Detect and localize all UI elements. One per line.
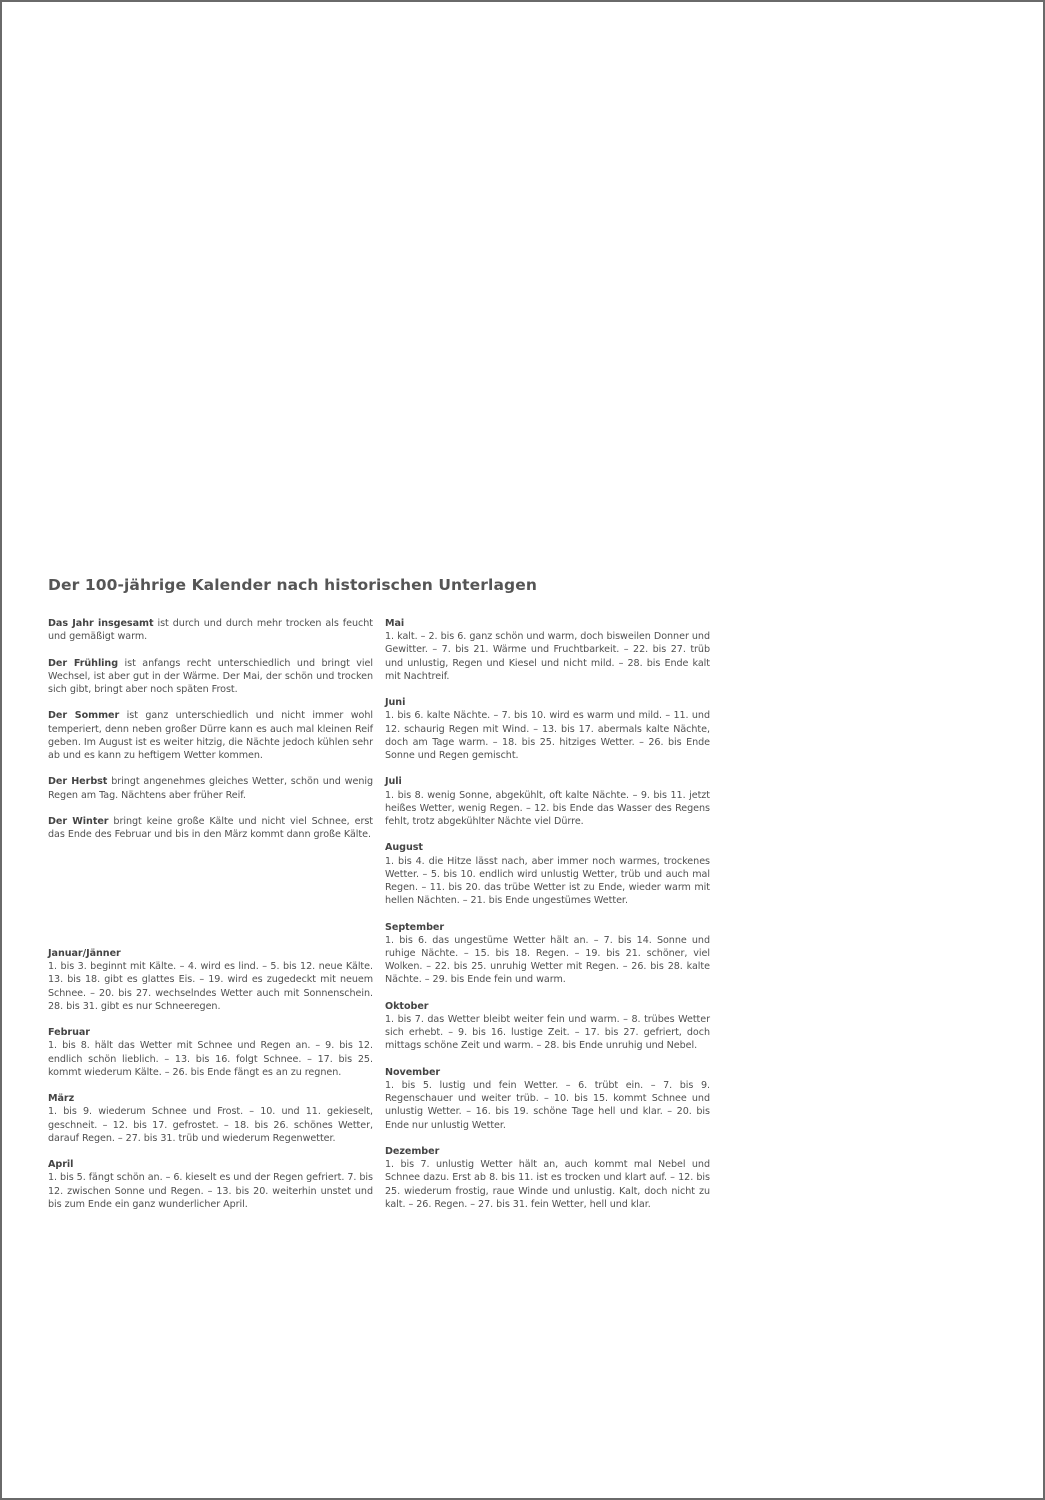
month-forecast: 1. bis 8. wenig Sonne, abgekühlt, oft ka… — [385, 790, 710, 827]
month-name: Juli — [385, 775, 710, 788]
year-overview: Das Jahr insgesamt ist durch und durch m… — [48, 617, 373, 855]
month-name: April — [48, 1158, 373, 1171]
month-february: Februar 1. bis 8. hält das Wetter mit Sc… — [48, 1026, 373, 1079]
month-name: Dezember — [385, 1145, 710, 1158]
month-forecast: 1. bis 6. das ungestüme Wetter hält an. … — [385, 935, 710, 986]
overview-lead: Das Jahr insgesamt — [48, 618, 154, 629]
month-name: Februar — [48, 1026, 373, 1039]
months-column-left: Januar/Jänner 1. bis 3. beginnt mit Kält… — [48, 947, 373, 1224]
month-forecast: 1. bis 3. beginnt mit Kälte. – 4. wird e… — [48, 961, 373, 1012]
overview-winter: Der Winter bringt keine große Kälte und … — [48, 815, 373, 841]
overview-lead: Der Winter — [48, 816, 109, 827]
month-name: Juni — [385, 696, 710, 709]
month-forecast: 1. bis 6. kalte Nächte. – 7. bis 10. wir… — [385, 710, 710, 761]
month-january: Januar/Jänner 1. bis 3. beginnt mit Kält… — [48, 947, 373, 1013]
month-forecast: 1. bis 9. wiederum Schnee und Frost. – 1… — [48, 1106, 373, 1143]
month-name: Januar/Jänner — [48, 947, 373, 960]
month-october: Oktober 1. bis 7. das Wetter bleibt weit… — [385, 1000, 710, 1053]
overview-year: Das Jahr insgesamt ist durch und durch m… — [48, 617, 373, 643]
overview-lead: Der Frühling — [48, 658, 118, 669]
month-name: August — [385, 841, 710, 854]
month-august: August 1. bis 4. die Hitze lässt nach, a… — [385, 841, 710, 907]
month-june: Juni 1. bis 6. kalte Nächte. – 7. bis 10… — [385, 696, 710, 762]
month-name: September — [385, 921, 710, 934]
month-march: März 1. bis 9. wiederum Schnee und Frost… — [48, 1092, 373, 1145]
overview-autumn: Der Herbst bringt angenehmes gleiches We… — [48, 775, 373, 801]
month-name: November — [385, 1066, 710, 1079]
month-july: Juli 1. bis 8. wenig Sonne, abgekühlt, o… — [385, 775, 710, 828]
month-forecast: 1. bis 8. hält das Wetter mit Schnee und… — [48, 1040, 373, 1077]
month-name: Mai — [385, 617, 710, 630]
month-forecast: 1. bis 7. das Wetter bleibt weiter fein … — [385, 1014, 710, 1051]
month-september: September 1. bis 6. das ungestüme Wetter… — [385, 921, 710, 987]
page-title: Der 100-jährige Kalender nach historisch… — [48, 576, 537, 594]
overview-lead: Der Sommer — [48, 710, 119, 721]
overview-lead: Der Herbst — [48, 776, 107, 787]
overview-summer: Der Sommer ist ganz unterschiedlich und … — [48, 709, 373, 762]
month-forecast: 1. bis 5. lustig und fein Wetter. – 6. t… — [385, 1080, 710, 1131]
month-forecast: 1. bis 4. die Hitze lässt nach, aber imm… — [385, 856, 710, 907]
overview-spring: Der Frühling ist anfangs recht unterschi… — [48, 657, 373, 697]
month-december: Dezember 1. bis 7. unlustig Wetter hält … — [385, 1145, 710, 1211]
month-may: Mai 1. kalt. – 2. bis 6. ganz schön und … — [385, 617, 710, 683]
month-forecast: 1. kalt. – 2. bis 6. ganz schön und warm… — [385, 631, 710, 682]
month-name: März — [48, 1092, 373, 1105]
months-column-right: Mai 1. kalt. – 2. bis 6. ganz schön und … — [385, 617, 710, 1224]
month-forecast: 1. bis 7. unlustig Wetter hält an, auch … — [385, 1159, 710, 1210]
month-name: Oktober — [385, 1000, 710, 1013]
month-november: November 1. bis 5. lustig und fein Wette… — [385, 1066, 710, 1132]
month-april: April 1. bis 5. fängt schön an. – 6. kie… — [48, 1158, 373, 1211]
month-forecast: 1. bis 5. fängt schön an. – 6. kieselt e… — [48, 1172, 373, 1209]
